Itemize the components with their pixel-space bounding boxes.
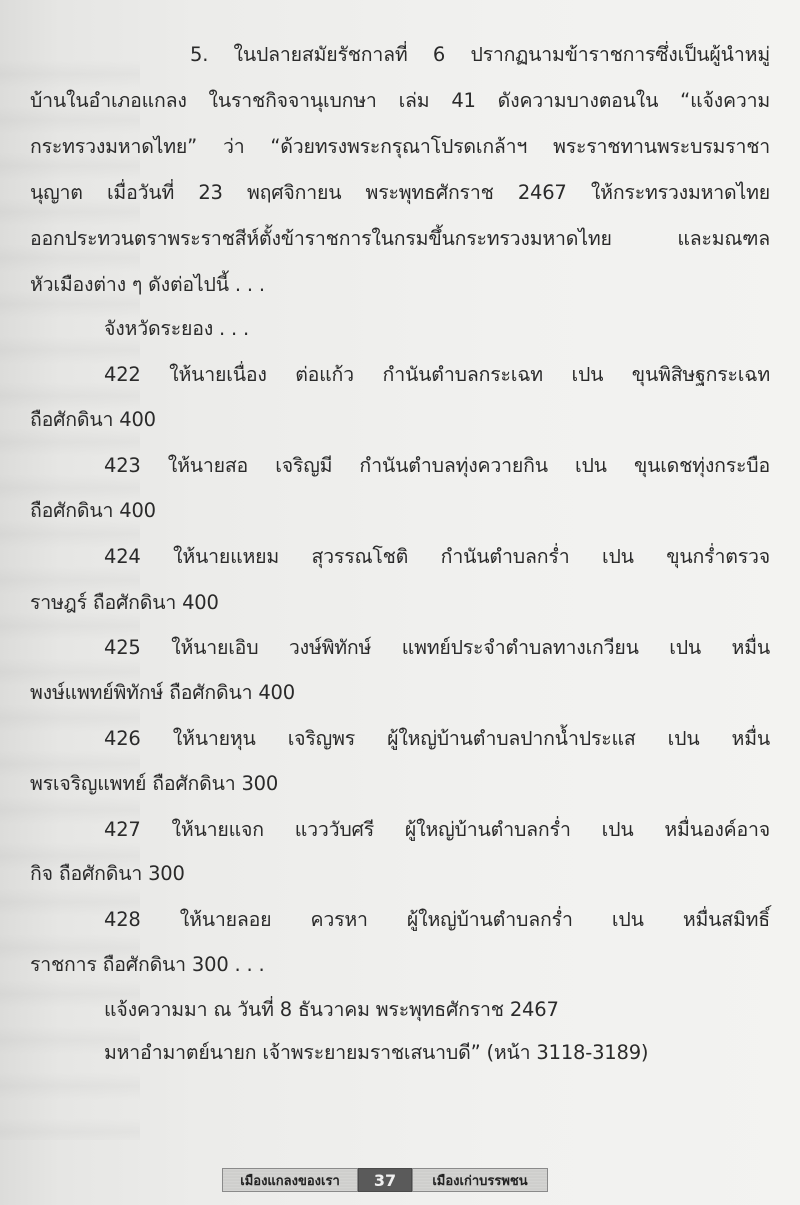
page-number: 37 [358,1168,412,1192]
entry-424-line-1: 424 ให้นายแหยม สุวรรณโชติ กำนันตำบลกร่ำ … [104,542,770,572]
closing-date-line: แจ้งความมา ณ วันที่ 8 ธันวาคม พระพุทธศัก… [104,995,770,1025]
paragraph-intro-line-6: หัวเมืองต่าง ๆ ดังต่อไปนี้ . . . [30,270,770,300]
entry-425-line-2: พงษ์แพทย์พิทักษ์ ถือศักดินา 400 [30,678,770,708]
entry-425-line-1: 425 ให้นายเอิบ วงษ์พิทักษ์ แพทย์ประจำตำบ… [104,633,770,663]
entry-428-line-2: ราชการ ถือศักดินา 300 . . . [30,950,770,980]
paragraph-intro-line-1: 5. ในปลายสมัยรัชกาลที่ 6 ปรากฏนามข้าราชก… [190,40,770,70]
province-heading: จังหวัดระยอง . . . [104,314,770,344]
paragraph-intro-line-2: บ้านในอำเภอแกลง ในราชกิจจานุเบกษา เล่ม 4… [30,86,770,116]
entry-427-line-1: 427 ให้นายแจก แวววับศรี ผู้ใหญ่บ้านตำบลก… [104,815,770,845]
book-page: 5. ในปลายสมัยรัชกาลที่ 6 ปรากฏนามข้าราชก… [0,0,800,1205]
paragraph-intro-line-4: นุญาต เมื่อวันที่ 23 พฤศจิกายน พระพุทธศั… [30,178,770,208]
entry-424-line-2: ราษฎร์ ถือศักดินา 400 [30,588,770,618]
page-footer: เมืองแกลงของเรา 37 เมืองเก่าบรรพชน [222,1168,548,1192]
entry-427-line-2: กิจ ถือศักดินา 300 [30,859,770,889]
entry-423-line-1: 423 ให้นายสอ เจริญมี กำนันตำบลทุ่งควายกิ… [104,451,770,481]
entry-422-line-2: ถือศักดินา 400 [30,405,770,435]
footer-section-title: เมืองเก่าบรรพชน [412,1168,548,1192]
paragraph-intro-line-5: ออกประทวนตราพระราชสีห์ตั้งข้าราชการในกรม… [30,224,770,254]
footer-book-title: เมืองแกลงของเรา [222,1168,358,1192]
entry-423-line-2: ถือศักดินา 400 [30,496,770,526]
paragraph-intro-line-3: กระทรวงมหาดไทย” ว่า “ด้วยทรงพระกรุณาโปรด… [30,132,770,162]
closing-signature-line: มหาอำมาตย์นายก เจ้าพระยายมราชเสนาบดี” (ห… [104,1038,770,1068]
entry-428-line-1: 428 ให้นายลอย ควรหา ผู้ใหญ่บ้านตำบลกร่ำ … [104,905,770,935]
entry-426-line-2: พรเจริญแพทย์ ถือศักดินา 300 [30,769,770,799]
entry-422-line-1: 422 ให้นายเนื่อง ต่อแก้ว กำนันตำบลกระเฉท… [104,360,770,390]
entry-426-line-1: 426 ให้นายหุน เจริญพร ผู้ใหญ่บ้านตำบลปาก… [104,724,770,754]
